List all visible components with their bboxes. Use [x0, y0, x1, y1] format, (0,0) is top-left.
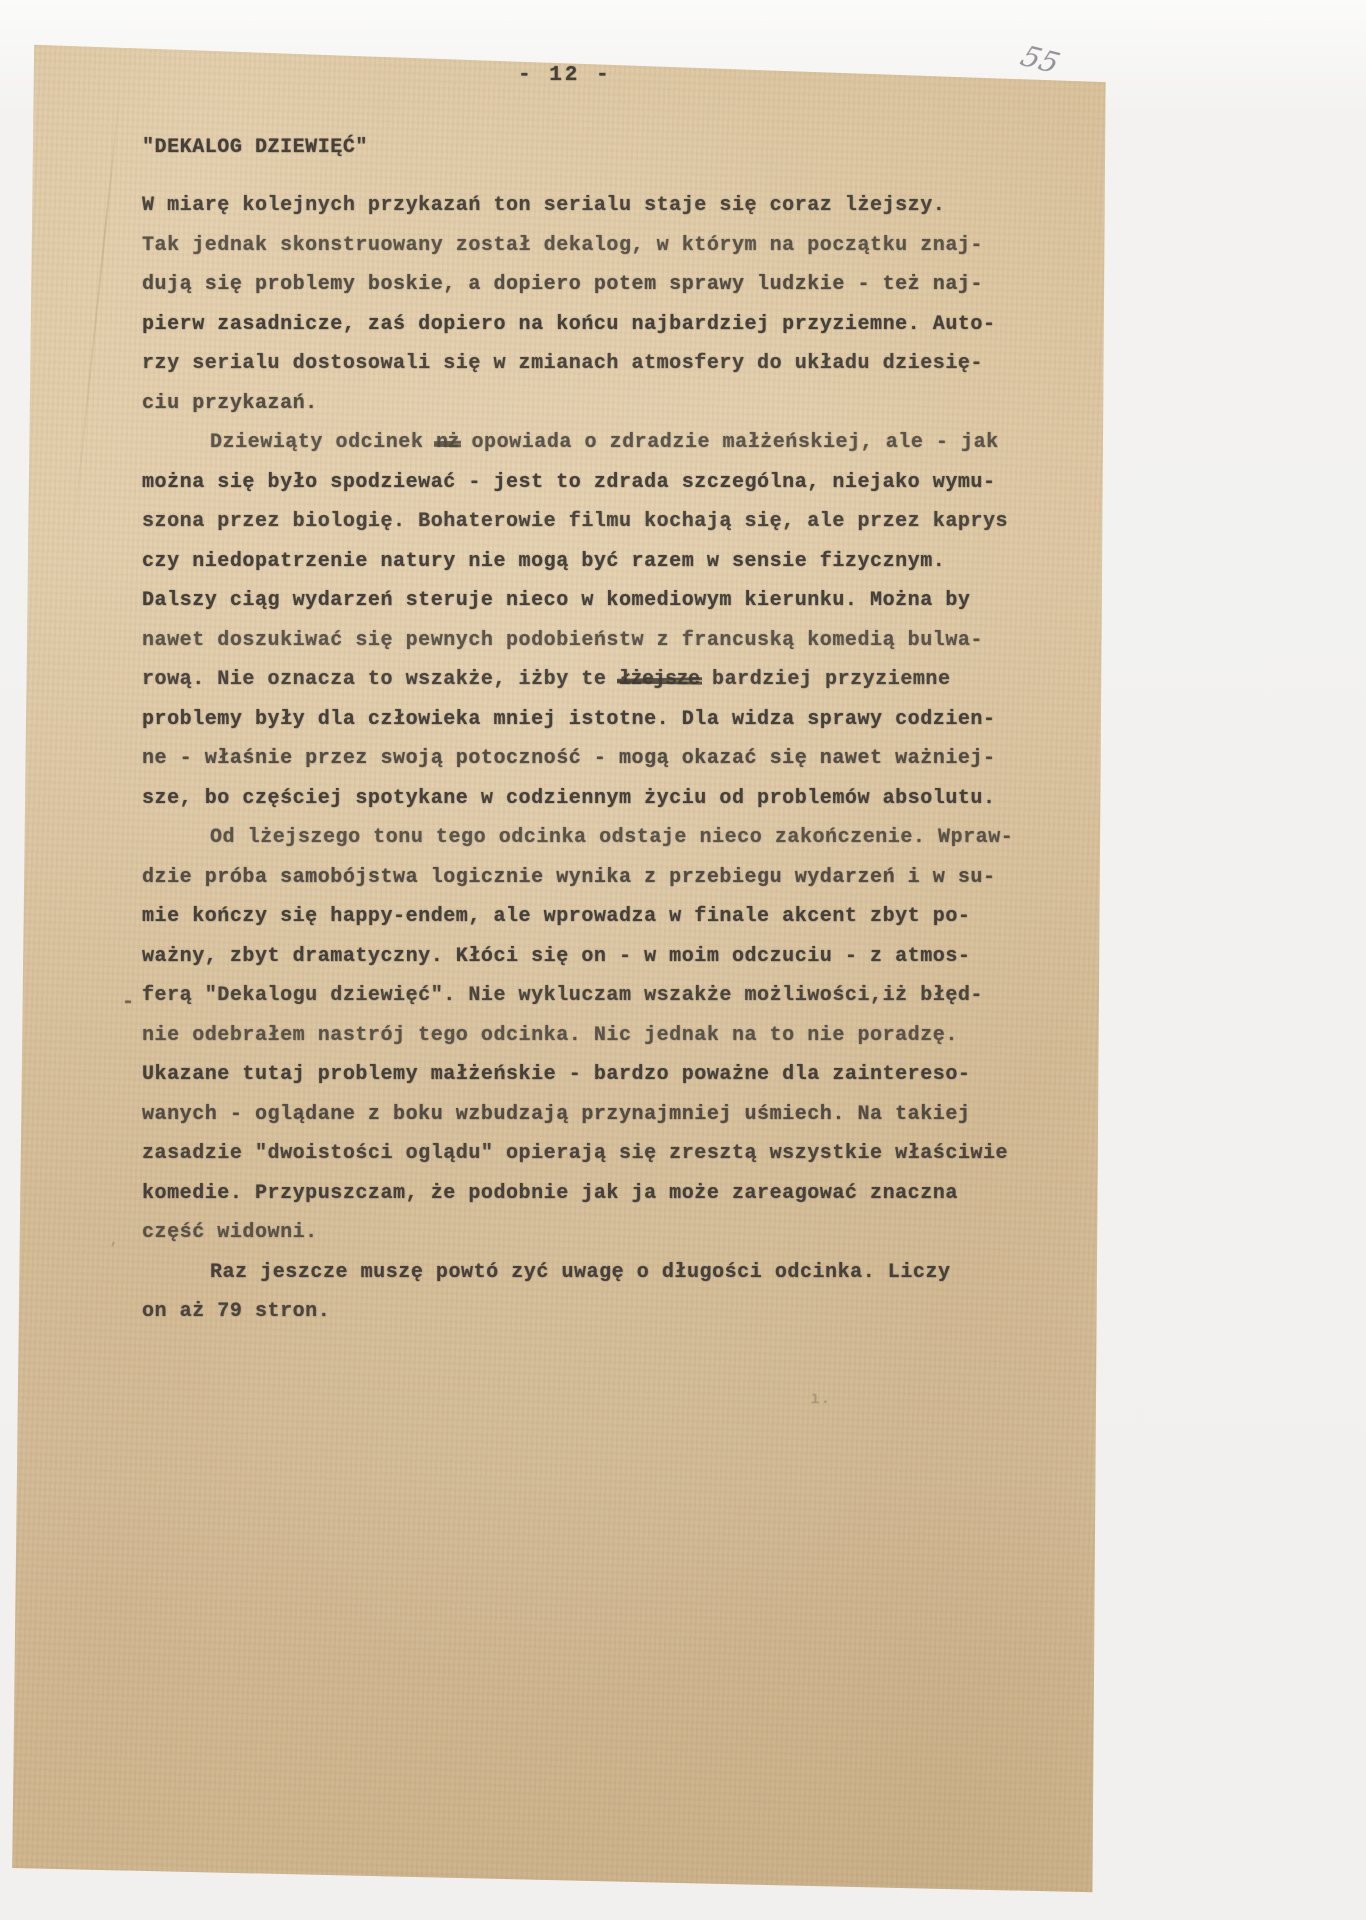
page-number: - 12 - — [518, 56, 612, 95]
text-line: Dalszy ciąg wydarzeń steruje nieco w kom… — [142, 581, 1062, 621]
text-line: ważny, zbyt dramatyczny. Kłóci się on - … — [142, 937, 1062, 977]
text-line: czy niedopatrzenie natury nie mogą być r… — [142, 542, 1062, 582]
scanned-page: - 12 - "DEKALOG DZIEWIĘĆ" W miarę kolejn… — [10, 28, 1110, 1896]
text-line: rową. Nie oznacza to wszakże, iżby te łż… — [142, 660, 1062, 700]
text-segment: rową. Nie oznacza to wszakże, iżby te — [142, 668, 619, 691]
ink-speck: ı. — [810, 1390, 830, 1409]
text-line: nie odebrałem nastrój tego odcinka. Nic … — [142, 1016, 1062, 1056]
text-line: ciu przykazań. — [142, 384, 1062, 424]
handwritten-page-number: 55 — [1016, 39, 1065, 80]
text-line: wanych - oglądane z boku wzbudzają przyn… — [142, 1095, 1062, 1135]
text-line: Raz jeszcze muszę powtó zyć uwagę o dług… — [142, 1253, 1062, 1293]
document-title: "DEKALOG DZIEWIĘĆ" — [142, 128, 368, 167]
text-line: on aż 79 stron. — [142, 1292, 1062, 1332]
text-line: Dziewiąty odcinek nż opowiada o zdradzie… — [142, 423, 1062, 463]
text-line: W miarę kolejnych przykazań ton serialu … — [142, 186, 1062, 226]
margin-dash-mark: - — [122, 983, 134, 1022]
struck-word: łżejsze — [619, 668, 700, 691]
text-line: Tak jednak skonstruowany został dekalog,… — [142, 226, 1062, 266]
struck-word: nż — [436, 431, 459, 454]
text-segment: Dziewiąty odcinek — [210, 431, 436, 454]
text-line: dują się problemy boskie, a dopiero pote… — [142, 265, 1062, 305]
document-body: W miarę kolejnych przykazań ton serialu … — [142, 186, 1062, 1332]
text-line: komedie. Przypuszczam, że podobnie jak j… — [142, 1174, 1062, 1214]
text-segment: bardziej przyziemne — [700, 668, 951, 691]
text-segment: opowiada o zdradzie małżeńskiej, ale - j… — [459, 431, 999, 454]
text-line: można się było spodziewać - jest to zdra… — [142, 463, 1062, 503]
text-line: dzie próba samobójstwa logicznie wynika … — [142, 858, 1062, 898]
text-line: część widowni. — [142, 1213, 1062, 1253]
text-line: sze, bo częściej spotykane w codziennym … — [142, 779, 1062, 819]
text-line: ferą "Dekalogu dziewięć". Nie wykluczam … — [142, 976, 1062, 1016]
text-line: rzy serialu dostosowali się w zmianach a… — [142, 344, 1062, 384]
text-line: mie kończy się happy-endem, ale wprowadz… — [142, 897, 1062, 937]
text-line: nawet doszukiwać się pewnych podobieństw… — [142, 621, 1062, 661]
text-line: szona przez biologię. Bohaterowie filmu … — [142, 502, 1062, 542]
text-line: Od lżejszego tonu tego odcinka odstaje n… — [142, 818, 1062, 858]
paper-crease — [70, 84, 121, 552]
text-line: Ukazane tutaj problemy małżeńskie - bard… — [142, 1055, 1062, 1095]
text-line: problemy były dla człowieka mniej istotn… — [142, 700, 1062, 740]
text-line: zasadzie "dwoistości oglądu" opierają si… — [142, 1134, 1062, 1174]
scan-background: - 12 - "DEKALOG DZIEWIĘĆ" W miarę kolejn… — [0, 0, 1366, 1920]
text-line: ne - właśnie przez swoją potoczność - mo… — [142, 739, 1062, 779]
text-line: pierw zasadnicze, zaś dopiero na końcu n… — [142, 305, 1062, 345]
ink-speck: , — [110, 1233, 118, 1249]
